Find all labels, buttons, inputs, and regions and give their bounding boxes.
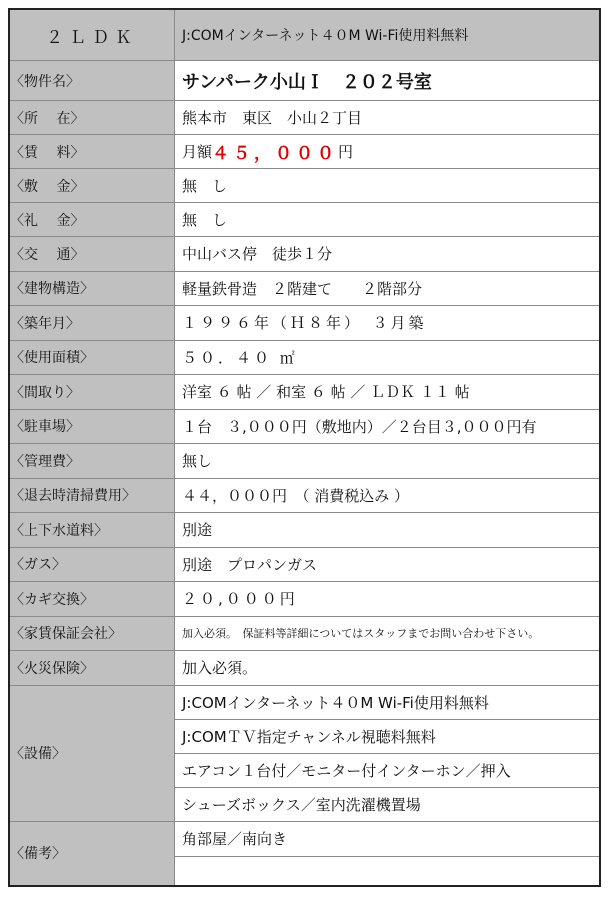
value-water: 別途 (175, 513, 599, 547)
value-guarantor: 加入必須。 保証料等詳細についてはスタッフまでお問い合わせ下さい。 (175, 617, 599, 651)
row-cleaning-fee: 〈退去時清掃費用〉 ４４，０００円 （ 消費税込み ） (10, 479, 599, 514)
label-key-exchange: 〈カギ交換〉 (10, 582, 175, 616)
label-structure: 〈建物構造〉 (10, 272, 175, 306)
row-built: 〈築年月〉 １９９６年（Ｈ８年） ３月築 (10, 306, 599, 341)
equipment-item: シューズボックス／室内洗濯機置場 (175, 788, 599, 821)
row-structure: 〈建物構造〉 軽量鉄骨造 ２階建て ２階部分 (10, 272, 599, 307)
layout-type: ２ＬＤＫ (10, 10, 175, 60)
row-property-name: 〈物件名〉 サンパーク小山Ｉ ２０２号室 (10, 61, 599, 101)
label-property-name: 〈物件名〉 (10, 61, 175, 100)
label-management-fee: 〈管理費〉 (10, 444, 175, 478)
remarks-list: 角部屋／南向き (175, 822, 599, 886)
remarks-item: 角部屋／南向き (175, 822, 599, 857)
property-sheet: ２ＬＤＫ J:COMインターネット４０M Wi-Fi使用料無料 〈物件名〉 サン… (8, 8, 601, 887)
value-deposit: 無 し (175, 169, 599, 202)
row-access: 〈交 通〉 中山バス停 徒歩１分 (10, 237, 599, 272)
label-gas: 〈ガス〉 (10, 548, 175, 582)
remarks-item (175, 857, 599, 885)
label-rent: 〈賃 料〉 (10, 135, 175, 168)
label-deposit: 〈敷 金〉 (10, 169, 175, 202)
row-area: 〈使用面積〉 ５０．４０ ㎡ (10, 341, 599, 376)
row-water: 〈上下水道料〉 別途 (10, 513, 599, 548)
value-cleaning-fee: ４４，０００円 （ 消費税込み ） (175, 479, 599, 513)
header-highlight: J:COMインターネット４０M Wi-Fi使用料無料 (175, 10, 599, 60)
equipment-item: J:COMＴＶ指定チャンネル視聴料無料 (175, 720, 599, 754)
label-location: 〈所 在〉 (10, 101, 175, 134)
rent-prefix: 月額 (182, 141, 212, 162)
value-rent: 月額４５，０００円 (175, 135, 599, 168)
label-area: 〈使用面積〉 (10, 341, 175, 375)
label-parking: 〈駐車場〉 (10, 410, 175, 444)
label-key-money: 〈礼 金〉 (10, 203, 175, 236)
rent-amount: ４５，０００ (212, 139, 338, 164)
value-structure: 軽量鉄骨造 ２階建て ２階部分 (175, 272, 599, 306)
value-built: １９９６年（Ｈ８年） ３月築 (175, 306, 599, 340)
row-fire-insurance: 〈火災保険〉 加入必須。 (10, 651, 599, 686)
row-location: 〈所 在〉 熊本市 東区 小山２丁目 (10, 101, 599, 135)
value-parking: １台 ３,０００円（敷地内）／２台目３,０００円有 (175, 410, 599, 444)
label-guarantor: 〈家賃保証会社〉 (10, 617, 175, 651)
label-remarks: 〈備考〉 (10, 822, 175, 886)
row-deposit: 〈敷 金〉 無 し (10, 169, 599, 203)
row-rent: 〈賃 料〉 月額４５，０００円 (10, 135, 599, 169)
label-access: 〈交 通〉 (10, 237, 175, 271)
label-fire-insurance: 〈火災保険〉 (10, 651, 175, 685)
equipment-item: エアコン１台付／モニター付インターホン／押入 (175, 754, 599, 788)
value-key-exchange: ２０,０００円 (175, 582, 599, 616)
value-access: 中山バス停 徒歩１分 (175, 237, 599, 271)
value-key-money: 無 し (175, 203, 599, 236)
label-built: 〈築年月〉 (10, 306, 175, 340)
row-key-exchange: 〈カギ交換〉 ２０,０００円 (10, 582, 599, 617)
value-management-fee: 無し (175, 444, 599, 478)
rent-suffix: 円 (338, 141, 353, 162)
value-area: ５０．４０ ㎡ (175, 341, 599, 375)
row-key-money: 〈礼 金〉 無 し (10, 203, 599, 237)
label-cleaning-fee: 〈退去時清掃費用〉 (10, 479, 175, 513)
label-equipment: 〈設備〉 (10, 686, 175, 821)
label-floor-plan: 〈間取り〉 (10, 375, 175, 409)
row-gas: 〈ガス〉 別途 プロパンガス (10, 548, 599, 583)
value-gas: 別途 プロパンガス (175, 548, 599, 582)
equipment-item: J:COMインターネット４０M Wi-Fi使用料無料 (175, 686, 599, 720)
row-equipment: 〈設備〉 J:COMインターネット４０M Wi-Fi使用料無料 J:COMＴＶ指… (10, 686, 599, 822)
label-water: 〈上下水道料〉 (10, 513, 175, 547)
header-row: ２ＬＤＫ J:COMインターネット４０M Wi-Fi使用料無料 (10, 10, 599, 61)
value-fire-insurance: 加入必須。 (175, 651, 599, 685)
equipment-list: J:COMインターネット４０M Wi-Fi使用料無料 J:COMＴＶ指定チャンネ… (175, 686, 599, 821)
value-floor-plan: 洋室 ６ 帖 ／ 和室 ６ 帖 ／ ＬＤＫ １１ 帖 (175, 375, 599, 409)
row-management-fee: 〈管理費〉 無し (10, 444, 599, 479)
value-location: 熊本市 東区 小山２丁目 (175, 101, 599, 134)
row-floor-plan: 〈間取り〉 洋室 ６ 帖 ／ 和室 ６ 帖 ／ ＬＤＫ １１ 帖 (10, 375, 599, 410)
row-parking: 〈駐車場〉 １台 ３,０００円（敷地内）／２台目３,０００円有 (10, 410, 599, 445)
value-property-name: サンパーク小山Ｉ ２０２号室 (175, 61, 599, 100)
row-guarantor: 〈家賃保証会社〉 加入必須。 保証料等詳細についてはスタッフまでお問い合わせ下さ… (10, 617, 599, 652)
row-remarks: 〈備考〉 角部屋／南向き (10, 822, 599, 886)
